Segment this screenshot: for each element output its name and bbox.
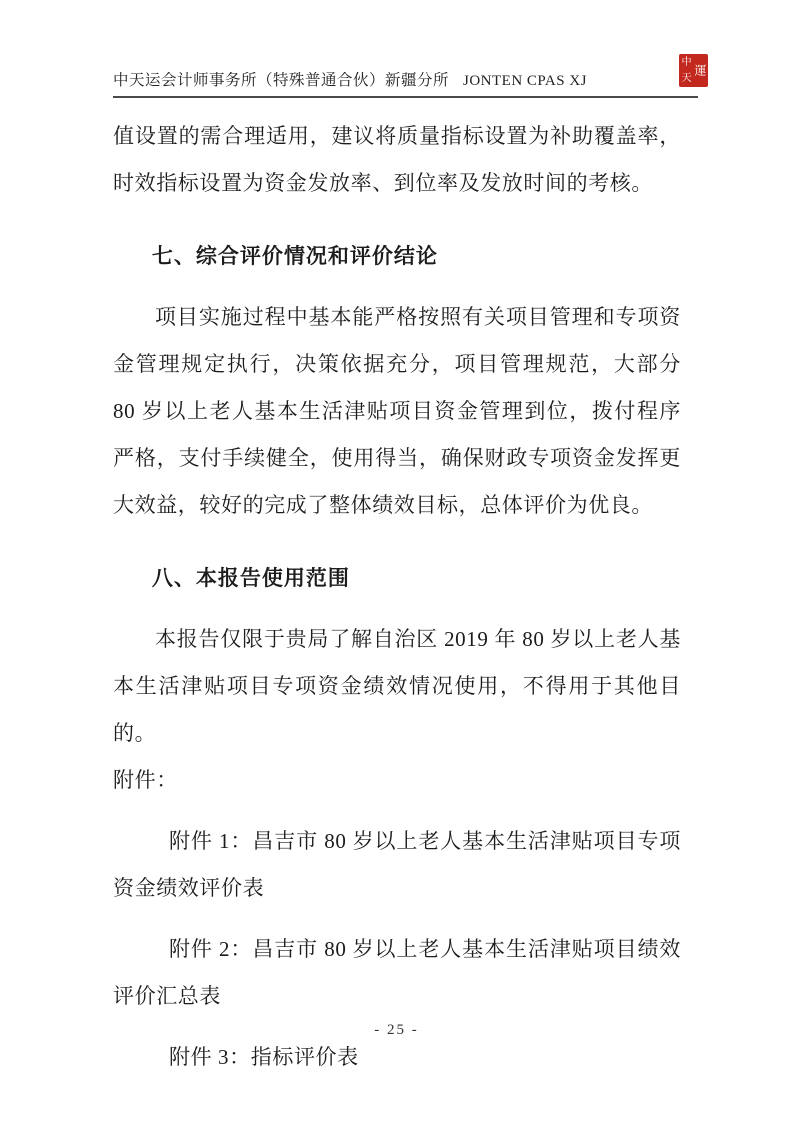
paragraph-continuation: 值设置的需合理适用，建议将质量指标设置为补助覆盖率，时效指标设置为资金发放率、到…: [113, 113, 681, 207]
attachment-item-3: 附件 3：指标评价表: [113, 1034, 681, 1081]
firm-name: 中天运会计师事务所（特殊普通合伙）新疆分所JONTEN CPAS XJ: [113, 68, 587, 90]
header-rule: 中天运会计师事务所（特殊普通合伙）新疆分所JONTEN CPAS XJ: [113, 58, 698, 98]
seal-char: 運: [694, 65, 706, 77]
attachment-item-1: 附件 1：昌吉市 80 岁以上老人基本生活津贴项目专项资金绩效评价表: [113, 818, 681, 912]
section-heading-eight: 八、本报告使用范围: [113, 555, 681, 602]
paragraph-section-eight: 本报告仅限于贵局了解自治区 2019 年 80 岁以上老人基本生活津贴项目专项资…: [113, 616, 681, 757]
jonten-seal-icon: 中 運 天: [679, 54, 708, 87]
page-number: - 25 -: [0, 1022, 793, 1039]
firm-name-cn: 中天运会计师事务所（特殊普通合伙）新疆分所: [113, 72, 449, 89]
attachment-item-2: 附件 2：昌吉市 80 岁以上老人基本生活津贴项目绩效评价汇总表: [113, 926, 681, 1020]
seal-char: 天: [682, 73, 692, 83]
section-heading-seven: 七、综合评价情况和评价结论: [113, 233, 681, 280]
seal-char: 中: [682, 58, 692, 68]
document-page: 中天运会计师事务所（特殊普通合伙）新疆分所JONTEN CPAS XJ 中 運 …: [0, 0, 793, 1122]
paragraph-section-seven: 项目实施过程中基本能严格按照有关项目管理和专项资金管理规定执行，决策依据充分，项…: [113, 294, 681, 529]
page-header: 中天运会计师事务所（特殊普通合伙）新疆分所JONTEN CPAS XJ 中 運 …: [113, 58, 698, 98]
firm-name-en: JONTEN CPAS XJ: [463, 73, 587, 89]
document-body: 值设置的需合理适用，建议将质量指标设置为补助覆盖率，时效指标设置为资金发放率、到…: [113, 99, 681, 1081]
attachments-label: 附件：: [113, 757, 681, 804]
